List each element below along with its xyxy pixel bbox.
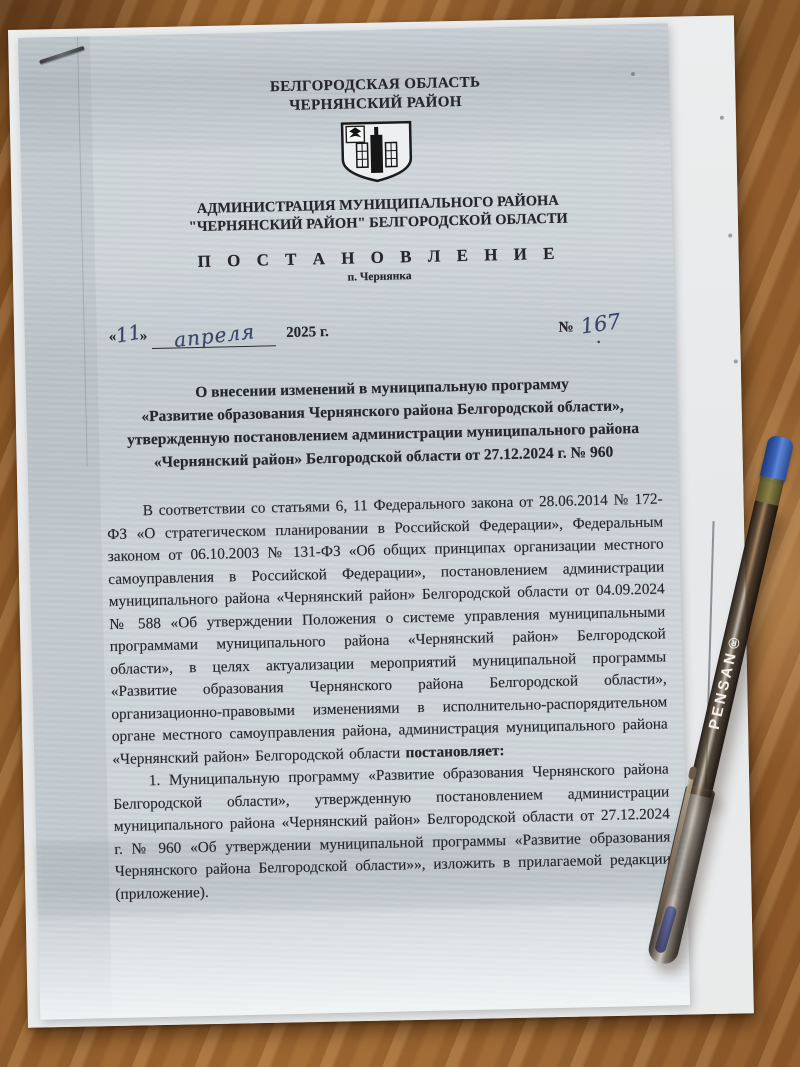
date-group: «11»апреля2025 г. — [108, 317, 329, 347]
preamble-text: В соответствии со статьями 6, 11 Федерал… — [107, 490, 668, 767]
month-blank-line: апреля — [152, 321, 277, 349]
handwritten-day: 11 — [113, 319, 142, 347]
preamble-paragraph: В соответствии со статьями 6, 11 Федерал… — [107, 488, 669, 771]
ink-dot: . — [597, 331, 601, 348]
number-group: №167 . — [558, 311, 621, 336]
year-text: 2025 г. — [286, 324, 329, 341]
document-content: БЕЛГОРОДСКАЯ ОБЛАСТЬ ЧЕРНЯНСКИЙ РАЙОН АД… — [18, 23, 688, 908]
photo-scene: БЕЛГОРОДСКАЯ ОБЛАСТЬ ЧЕРНЯНСКИЙ РАЙОН АД… — [0, 0, 800, 1067]
resolves-word: постановляет: — [405, 742, 504, 761]
paper-speck — [720, 116, 724, 120]
coat-of-arms-icon — [336, 120, 417, 184]
paper-speck — [734, 359, 738, 363]
document-title: О внесении изменений в муниципальную про… — [104, 371, 662, 476]
document-page: БЕЛГОРОДСКАЯ ОБЛАСТЬ ЧЕРНЯНСКИЙ РАЙОН АД… — [18, 23, 690, 1019]
clause-1-paragraph: 1. Муниципальную программу «Развитие обр… — [113, 758, 672, 906]
date-and-number-row: «11»апреля2025 г. №167 . — [102, 299, 659, 348]
number-sign: № — [558, 319, 573, 335]
handwritten-month: апреля — [173, 319, 257, 352]
paper-speck — [728, 234, 732, 238]
